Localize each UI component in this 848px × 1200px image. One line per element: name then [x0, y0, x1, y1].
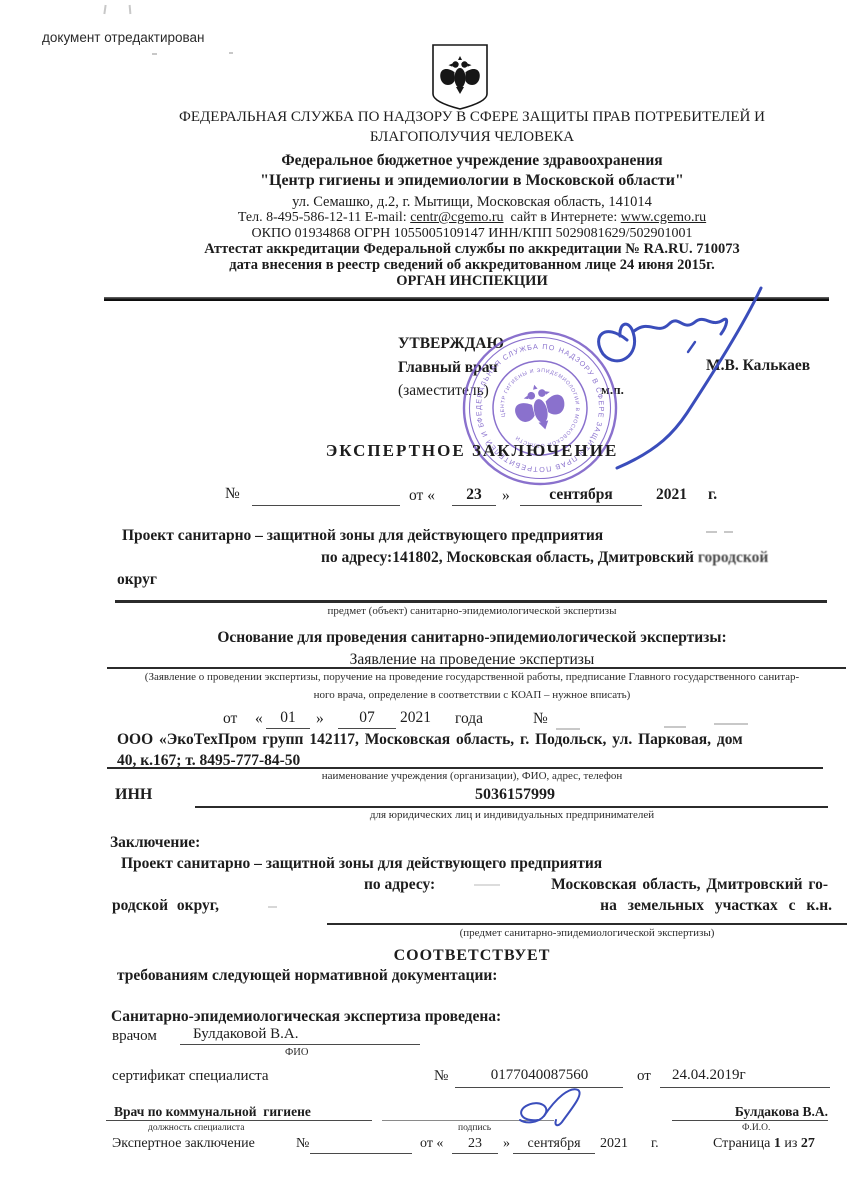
scan-artifact [556, 728, 580, 730]
document-page: документ отредактирован ФЕДЕРАЛЬНАЯ СЛУЖ… [0, 0, 848, 1200]
expertise-by-label: врачом [112, 1028, 157, 1045]
basis-year-word: года [455, 710, 483, 728]
applicant-caption: наименование учреждения (организации), Ф… [96, 770, 848, 783]
org-name: "Центр гигиены и эпидемиологии в Московс… [96, 172, 848, 190]
doc-from-open: от « [409, 487, 435, 505]
conclusion-rule [327, 923, 847, 925]
inn-value: 5036157999 [380, 786, 650, 804]
contacts-prefix: Тел. 8-495-586-12-11 E-mail: [238, 210, 410, 225]
subject-line3: округ [117, 571, 157, 589]
fio-caption: ФИО [285, 1047, 308, 1059]
conclusion-line2-right: Московская область, Дмитровский го- [514, 876, 828, 894]
basis-year: 2021 [400, 709, 431, 727]
cert-label: сертификат специалиста [112, 1068, 269, 1085]
doc-no-blank [252, 505, 400, 506]
service-name-line2: БЛАГОПОЛУЧИЯ ЧЕЛОВЕКА [96, 129, 848, 146]
footer-year-suffix: г. [651, 1136, 659, 1152]
inn-caption: для юридических лиц и индивидуальных пре… [196, 809, 828, 822]
basis-caption-line1: (Заявление о проведении экспертизы, пору… [96, 671, 848, 684]
accreditation: Аттестат аккредитации Федеральной службы… [96, 241, 848, 258]
position-blank [106, 1120, 372, 1121]
accreditation-date: дата внесения в реестр сведений об аккре… [96, 257, 848, 274]
conclusion-caption: (предмет санитарно-эпидемиологической эк… [327, 927, 847, 940]
doc-month-blank [520, 505, 642, 506]
doc-year: 2021 [656, 486, 687, 504]
site-text: www.cgemo.ru [621, 210, 706, 225]
footer-close-quote: » [503, 1136, 510, 1152]
scan-artifact [724, 531, 733, 533]
basis-from: от [223, 710, 237, 728]
footer-from-open: от « [420, 1136, 443, 1152]
footer-of-word: из [784, 1136, 797, 1151]
conclusion-line3-right: на земельных участках с к.н. [482, 897, 832, 915]
scan-artifact [706, 531, 717, 533]
service-name-line1: ФЕДЕРАЛЬНАЯ СЛУЖБА ПО НАДЗОРУ В СФЕРЕ ЗА… [96, 109, 848, 126]
conclusion-heading: Заключение: [110, 834, 200, 852]
cert-date: 24.04.2019г [672, 1067, 746, 1084]
basis-no-label: № [533, 710, 548, 728]
doc-day: 23 [452, 486, 496, 504]
doc-year-suffix: г. [708, 486, 717, 504]
footer-month-blank [513, 1153, 595, 1154]
doc-month: сентября [520, 486, 642, 504]
cert-from-label: от [637, 1068, 651, 1085]
cert-date-blank [660, 1087, 830, 1088]
scan-artifact [474, 884, 500, 886]
doc-no-label: № [225, 485, 240, 503]
conclusion-line2-left: по адресу: [364, 876, 435, 894]
scan-artifact [129, 5, 132, 14]
conclusion-line1: Проект санитарно – защитной зоны для дей… [121, 855, 602, 873]
org-codes: ОКПО 01934868 ОГРН 1055005109147 ИНН/КПП… [96, 226, 848, 242]
subject-line1: Проект санитарно – защитной зоны для дей… [122, 527, 603, 545]
specialist-fio: Булдакова В.А. [660, 1104, 828, 1120]
specialist-signature [508, 1082, 608, 1130]
footer-day: 23 [452, 1136, 498, 1152]
edited-watermark: документ отредактирован [42, 30, 205, 46]
footer-page-indicator: Страница 1 из 27 [713, 1136, 815, 1152]
scan-artifact [664, 726, 686, 728]
cert-no-label: № [434, 1068, 448, 1085]
basis-heading: Основание для проведения санитарно-эпиде… [96, 629, 848, 647]
basis-month: 07 [338, 709, 396, 727]
scan-artifact [268, 906, 277, 908]
scan-artifact [229, 52, 233, 54]
org-type: Федеральное бюджетное учреждение здравоо… [96, 152, 848, 170]
fio-caption-bottom: Ф.И.О. [742, 1123, 770, 1134]
subject-line2-main: по адресу:141802, Московская область, Дм… [321, 549, 698, 566]
subject-caption: предмет (объект) санитарно-эпидемиологич… [96, 605, 848, 618]
footer-doc-label: Экспертное заключение [112, 1136, 255, 1152]
coat-of-arms-icon [430, 42, 490, 112]
footer-month: сентября [513, 1136, 595, 1152]
doc-close-quote: » [502, 487, 510, 505]
site-prefix: сайт в Интернете: [504, 210, 621, 225]
inn-label: ИНН [115, 786, 152, 804]
applicant-line1: ООО «ЭкоТехПром групп 142117, Московская… [117, 731, 743, 749]
scan-artifact [103, 5, 106, 14]
org-contacts: Тел. 8-495-586-12-11 E-mail: centr@cgemo… [96, 210, 848, 226]
subject-line2: по адресу:141802, Московская область, Дм… [321, 549, 768, 567]
specialist-position: Врач по коммунальной гигиене [114, 1104, 311, 1120]
requirements-line: требованиям следующей нормативной докуме… [117, 967, 497, 985]
doctor-name: Булдаковой В.А. [193, 1026, 298, 1043]
footer-day-blank [452, 1153, 498, 1154]
basis-day-blank [266, 728, 310, 729]
subject-rule [115, 600, 827, 603]
position-caption: должность специалиста [148, 1123, 244, 1134]
email-text: centr@cgemo.ru [410, 210, 503, 225]
footer-no-label: № [296, 1136, 309, 1152]
footer-page-word: Страница [713, 1136, 770, 1151]
expertise-heading: Санитарно-эпидемиологическая экспертиза … [111, 1008, 501, 1026]
doctor-name-blank [180, 1044, 420, 1045]
basis-quote-open: « [255, 710, 263, 728]
scan-artifact [152, 53, 157, 55]
basis-caption-line2: ного врача, определение в соответствии с… [96, 689, 848, 702]
basis-rule [107, 667, 846, 669]
doc-day-blank [452, 505, 496, 506]
footer-page-total: 27 [801, 1136, 815, 1151]
fio-blank [672, 1120, 828, 1121]
scan-artifact [714, 723, 748, 725]
basis-day: 01 [266, 709, 310, 727]
applicant-rule [107, 767, 823, 769]
verdict: СООТВЕТСТВУЕТ [96, 947, 848, 965]
document-title: ЭКСПЕРТНОЕ ЗАКЛЮЧЕНИЕ [96, 441, 848, 461]
sign-caption: подпись [458, 1123, 491, 1134]
basis-quote-close: » [316, 710, 324, 728]
subject-line2-redacted: городской [698, 549, 768, 566]
basis-month-blank [338, 728, 396, 729]
inn-rule [195, 806, 828, 808]
footer-no-blank [310, 1153, 412, 1154]
footer-page-num: 1 [774, 1136, 781, 1151]
org-address: ул. Семашко, д.2, г. Мытищи, Московская … [96, 194, 848, 211]
conclusion-line3-left: родской округ, [112, 897, 219, 915]
stamp-eagle-icon [510, 379, 570, 436]
footer-year: 2021 [600, 1136, 628, 1152]
